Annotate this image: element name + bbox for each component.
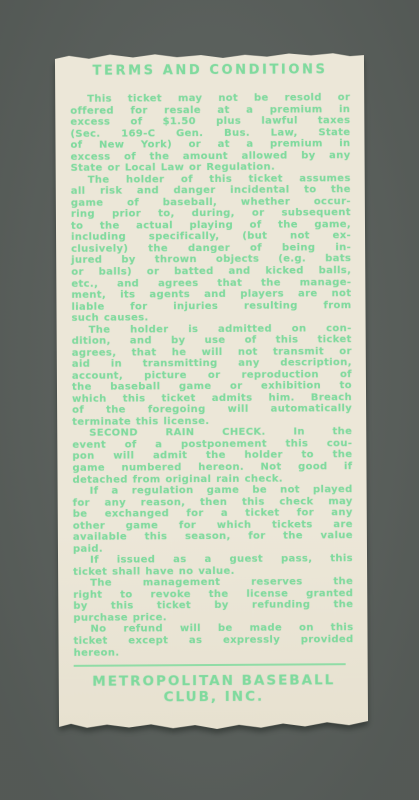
terms-paragraph: The holder is admitted on con-dition, an… xyxy=(72,323,353,428)
terms-line: or balls) or batted and kicked balls, xyxy=(71,265,351,278)
terms-line: ticket except as expressly provided xyxy=(73,634,353,647)
terms-line: liable for injuries resulting from xyxy=(71,300,351,313)
terms-paragraph: The holder of this ticket assumesall ris… xyxy=(71,173,352,325)
terms-line: hereon. xyxy=(74,646,354,659)
terms-title: TERMS AND CONDITIONS xyxy=(70,62,350,80)
terms-paragraph: If issued as a guest pass, thisticket sh… xyxy=(73,553,353,578)
terms-line: game numbered hereon. Not good if xyxy=(72,461,352,474)
club-name-line1: METROPOLITAN BASEBALL xyxy=(74,672,354,690)
terms-paragraph: The management reserves theright to revo… xyxy=(73,576,353,624)
terms-paragraph: This ticket may not be resold oroffered … xyxy=(70,92,350,174)
terms-paragraph: SECOND RAIN CHECK. In theevent of a post… xyxy=(72,427,352,486)
terms-paragraph: No refund will be made on thisticket exc… xyxy=(73,623,353,659)
footer-divider xyxy=(74,663,346,667)
club-name: METROPOLITAN BASEBALL CLUB, INC. xyxy=(74,672,354,706)
terms-line: If issued as a guest pass, this xyxy=(73,553,353,566)
ticket-back: TERMS AND CONDITIONS This ticket may not… xyxy=(55,52,368,730)
terms-line: available this season, for the value xyxy=(73,530,353,543)
club-name-line2: CLUB, INC. xyxy=(74,688,354,706)
ticket-wrapper: TERMS AND CONDITIONS This ticket may not… xyxy=(55,52,368,730)
terms-line: of the foregoing will automatically xyxy=(72,403,352,416)
terms-text: This ticket may not be resold oroffered … xyxy=(70,92,353,659)
terms-line: by this ticket by refunding the xyxy=(73,600,353,613)
terms-paragraph: If a regulation game be not playedfor an… xyxy=(73,484,353,555)
